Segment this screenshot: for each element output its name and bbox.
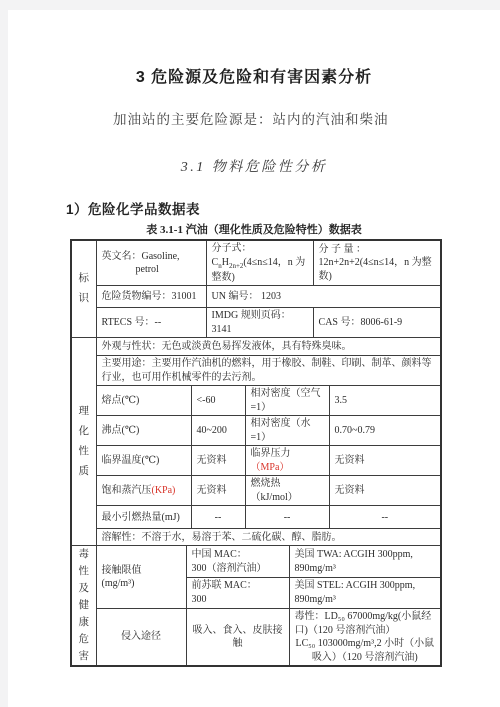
cell-main-use: 主要用途：主要用作汽油机的燃料，用于橡胶、制鞋、印刷、制革、颜料等行业，也可用作…	[96, 356, 441, 386]
section-label-identification: 标识	[71, 240, 96, 338]
toxicity-ld50: 毒性：LD₅₀ 67000mg/kg(小鼠经口)（120 号溶剂汽油）	[295, 610, 436, 637]
table-row: 临界温度(℃) 无资料 临界压力 （MPa） 无资料	[71, 446, 441, 476]
cell-exposure-limit-label: 接触限值 (mg/m³)	[96, 546, 186, 609]
cell-imdg-page: IMDG 规则页码：3141	[206, 308, 313, 338]
cell-solubility: 溶解性：不溶于水，易溶于苯、二硫化碳、醇、脂肪。	[96, 529, 441, 546]
cell-ussr-mac: 前苏联 MAC： 300	[186, 577, 289, 608]
cell-un-no: UN 编号： 1203	[206, 286, 441, 308]
cell-relative-density-water-value: 0.70~0.79	[329, 416, 441, 446]
cell-toxicity-data: 毒性：LD₅₀ 67000mg/kg(小鼠经口)（120 号溶剂汽油） LC₅₀…	[289, 608, 441, 666]
cell-route-value: 吸入、食入、皮肤接触	[186, 608, 289, 666]
cell-english-name: 英文名：Gasoline, petrol	[96, 240, 206, 286]
intro-paragraph: 加油站的主要危险源是：站内的汽油和柴油	[113, 108, 389, 128]
cell-relative-density-water-label: 相对密度（水=1）	[245, 416, 329, 446]
cell-min-ignition-value2: --	[245, 506, 329, 529]
cell-us-stel: 美国 STEL: ACGIH 300ppm, 890mg/m³	[289, 577, 441, 608]
molecular-weight-value: 12n+2n+2(4≤n≤14，n 为整数)	[319, 256, 436, 283]
cell-critical-temp-label: 临界温度(℃)	[96, 446, 191, 476]
section-label-toxicity-text: 毒性及健康危害	[77, 546, 90, 665]
cell-melting-point-label: 熔点(℃)	[96, 386, 191, 416]
cell-cas-no: CAS 号：8006-61-9	[313, 308, 441, 338]
table-row: 沸点(℃) 40~200 相对密度（水=1） 0.70~0.79	[71, 416, 441, 446]
table-row: 侵入途径 吸入、食入、皮肤接触 毒性：LD₅₀ 67000mg/kg(小鼠经口)…	[71, 608, 441, 666]
table-row: 溶解性：不溶于水，易溶于苯、二硫化碳、醇、脂肪。	[71, 529, 441, 546]
cell-min-ignition-value1: --	[191, 506, 245, 529]
table-row: RTECS 号：-- IMDG 规则页码：3141 CAS 号：8006-61-…	[71, 308, 441, 338]
cell-critical-temp-value: 无资料	[191, 446, 245, 476]
cell-china-mac: 中国 MAC： 300（溶剂汽油）	[186, 546, 289, 577]
cell-relative-density-air-value: 3.5	[329, 386, 441, 416]
table-row: 毒性及健康危害 接触限值 (mg/m³) 中国 MAC： 300（溶剂汽油） 美…	[71, 546, 441, 577]
cell-rtecs-no: RTECS 号：--	[96, 308, 206, 338]
cell-combustion-heat-label: 燃烧热 （kJ/mol）	[245, 476, 329, 506]
table-row: 饱和蒸汽压(KPa) 无资料 燃烧热 （kJ/mol） 无资料	[71, 476, 441, 506]
formula-h: H	[222, 257, 229, 268]
formula-subscript-2n2: 2n+2	[229, 262, 243, 270]
table-row: 最小引燃热量(mJ) -- -- --	[71, 506, 441, 529]
cell-boiling-point-value: 40~200	[191, 416, 245, 446]
cell-combustion-heat-value: 无资料	[329, 476, 441, 506]
document-page: 3 危险源及危险和有害因素分析 加油站的主要危险源是：站内的汽油和柴油 3.1 …	[8, 10, 500, 707]
section-label-toxicity: 毒性及健康危害	[71, 546, 96, 667]
page-title: 3 危险源及危险和有害因素分析	[8, 64, 500, 87]
cell-appearance: 外观与性状：无色或淡黄色易挥发液体，具有特殊臭味。	[96, 338, 441, 356]
cell-molecular-formula: 分子式：CnH2n+2(4≤n≤14，n 为整数)	[206, 240, 313, 286]
cell-vapor-pressure-label: 饱和蒸汽压(KPa)	[96, 476, 191, 506]
table-row: 理化性质 外观与性状：无色或淡黄色易挥发液体，具有特殊臭味。	[71, 338, 441, 356]
section-label-identification-text: 标识	[77, 269, 90, 309]
cell-critical-pressure-label: 临界压力 （MPa）	[245, 446, 329, 476]
english-name-line1: 英文名：Gasoline,	[102, 250, 201, 264]
english-name-line2: petrol	[102, 263, 201, 277]
cell-boiling-point-label: 沸点(℃)	[96, 416, 191, 446]
table-row: 危险货物编号：31001 UN 编号： 1203	[71, 286, 441, 308]
table-row: 主要用途：主要用作汽油机的燃料，用于橡胶、制鞋、印刷、制革、颜料等行业，也可用作…	[71, 356, 441, 386]
gasoline-data-table: 标识 英文名：Gasoline, petrol 分子式：CnH2n+2(4≤n≤…	[70, 239, 442, 667]
toxicity-lc50: LC₅₀ 103000mg/m³,2 小时（小鼠吸入）（120 号溶剂汽油)	[295, 637, 436, 664]
cell-dangerous-goods-no: 危险货物编号：31001	[96, 286, 206, 308]
section-label-physchem-text: 理化性质	[77, 402, 90, 482]
cell-min-ignition-label: 最小引燃热量(mJ)	[96, 506, 191, 529]
cell-relative-density-air-label: 相对密度（空气=1）	[245, 386, 329, 416]
cell-min-ignition-value3: --	[329, 506, 441, 529]
section-heading: 3.1 物料危险性分析	[8, 156, 500, 176]
subsection-heading: 1）危险化学品数据表	[66, 198, 200, 218]
cell-route-label: 侵入途径	[96, 608, 186, 666]
cell-vapor-pressure-value: 无资料	[191, 476, 245, 506]
cell-molecular-weight: 分 子 量 ： 12n+2n+2(4≤n≤14，n 为整数)	[313, 240, 441, 286]
table-row: 标识 英文名：Gasoline, petrol 分子式：CnH2n+2(4≤n≤…	[71, 240, 441, 286]
cell-melting-point-value: <-60	[191, 386, 245, 416]
molecular-weight-label: 分 子 量 ：	[319, 243, 436, 257]
section-label-physchem: 理化性质	[71, 338, 96, 546]
table-caption: 表 3.1-1 汽油（理化性质及危险特性）数据表	[8, 221, 500, 237]
cell-us-twa: 美国 TWA: ACGIH 300ppm, 890mg/m³	[289, 546, 441, 577]
table-row: 熔点(℃) <-60 相对密度（空气=1） 3.5	[71, 386, 441, 416]
cell-critical-pressure-value: 无资料	[329, 446, 441, 476]
